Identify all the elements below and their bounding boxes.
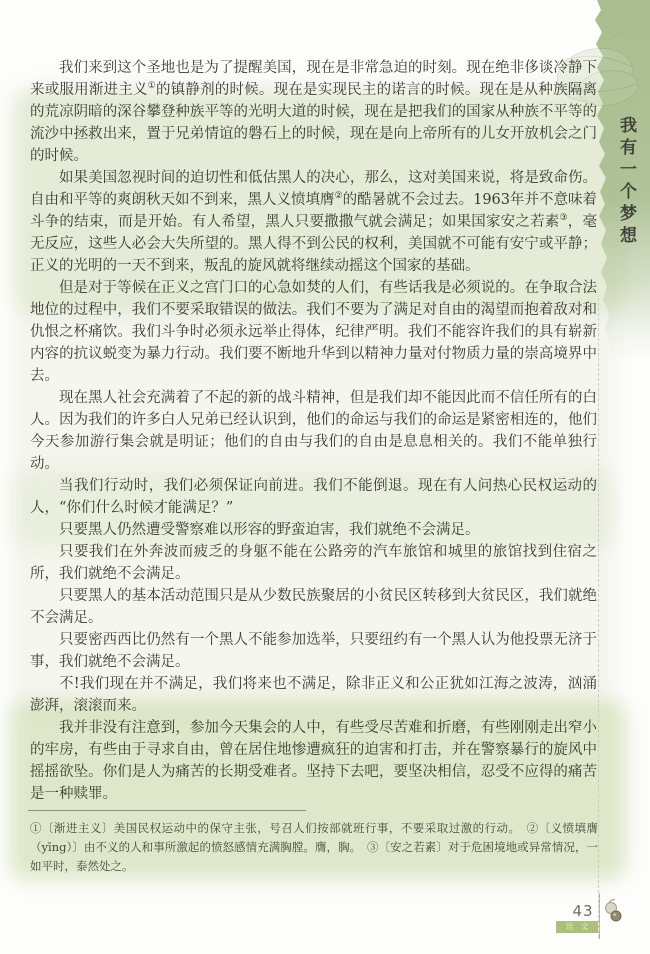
seed-pods-icon bbox=[602, 899, 626, 925]
paragraph: 但是对于等候在正义之宫门口的心急如焚的人们，有些话我是必须说的。在争取合法地位的… bbox=[30, 277, 597, 387]
footnotes-text: ①〔渐进主义〕美国民权运动中的保守主张，号召人们按部就班行事，不要采取过激的行动… bbox=[30, 819, 598, 876]
paragraph: 不!我们现在并不满足，我们将来也不满足，除非正义和公正犹如江海之波涛，汹涌澎湃，… bbox=[30, 673, 597, 717]
paragraph: 只要密西西比仍然有一个黑人不能参加选举，只要纽约有一个黑人认为他投票无济于事，我… bbox=[30, 629, 597, 673]
paragraph: 我并非没有注意到，参加今天集会的人中，有些受尽苦难和折磨，有些刚刚走出窄小的牢房… bbox=[30, 717, 597, 805]
paragraph: 当我们行动时，我们必须保证向前进。我们不能倒退。现在有人问热心民权运动的人，“你… bbox=[30, 475, 597, 519]
paragraph: 只要我们在外奔波而疲乏的身躯不能在公路旁的汽车旅馆和城里的旅馆找到住宿之所，我们… bbox=[30, 541, 597, 585]
footer-subject-bar: 语文 bbox=[556, 921, 598, 933]
chapter-title-vertical: 我有一个梦想 bbox=[614, 116, 639, 266]
page-number: 43 bbox=[568, 902, 598, 920]
paragraph: 我们来到这个圣地也是为了提醒美国，现在是非常急迫的时刻。现在绝非侈谈冷静下来或服… bbox=[30, 57, 597, 167]
paragraph: 只要黑人仍然遭受警察难以形容的野蛮迫害，我们就绝不会满足。 bbox=[30, 519, 597, 541]
footnote-separator bbox=[28, 810, 306, 811]
paragraph: 如果美国忽视时间的迫切性和低估黑人的决心，那么，这对美国来说，将是致命伤。自由和… bbox=[30, 167, 597, 277]
page-edge-dotted-line bbox=[598, 298, 599, 938]
textbook-page: 我有一个梦想 我们来到这个圣地也是为了提醒美国，现在是非常急迫的时刻。现在绝非侈… bbox=[0, 0, 650, 954]
body-text: 我们来到这个圣地也是为了提醒美国，现在是非常急迫的时刻。现在绝非侈谈冷静下来或服… bbox=[30, 57, 597, 805]
paragraph: 只要黑人的基本活动范围只是从少数民族聚居的小贫民区转移到大贫民区，我们就绝不会满… bbox=[30, 585, 597, 629]
page-edge-line bbox=[599, 893, 600, 939]
paragraph: 现在黑人社会充满着了不起的新的战斗精神，但是我们却不能因此而不信任所有的白人。因… bbox=[30, 387, 597, 475]
